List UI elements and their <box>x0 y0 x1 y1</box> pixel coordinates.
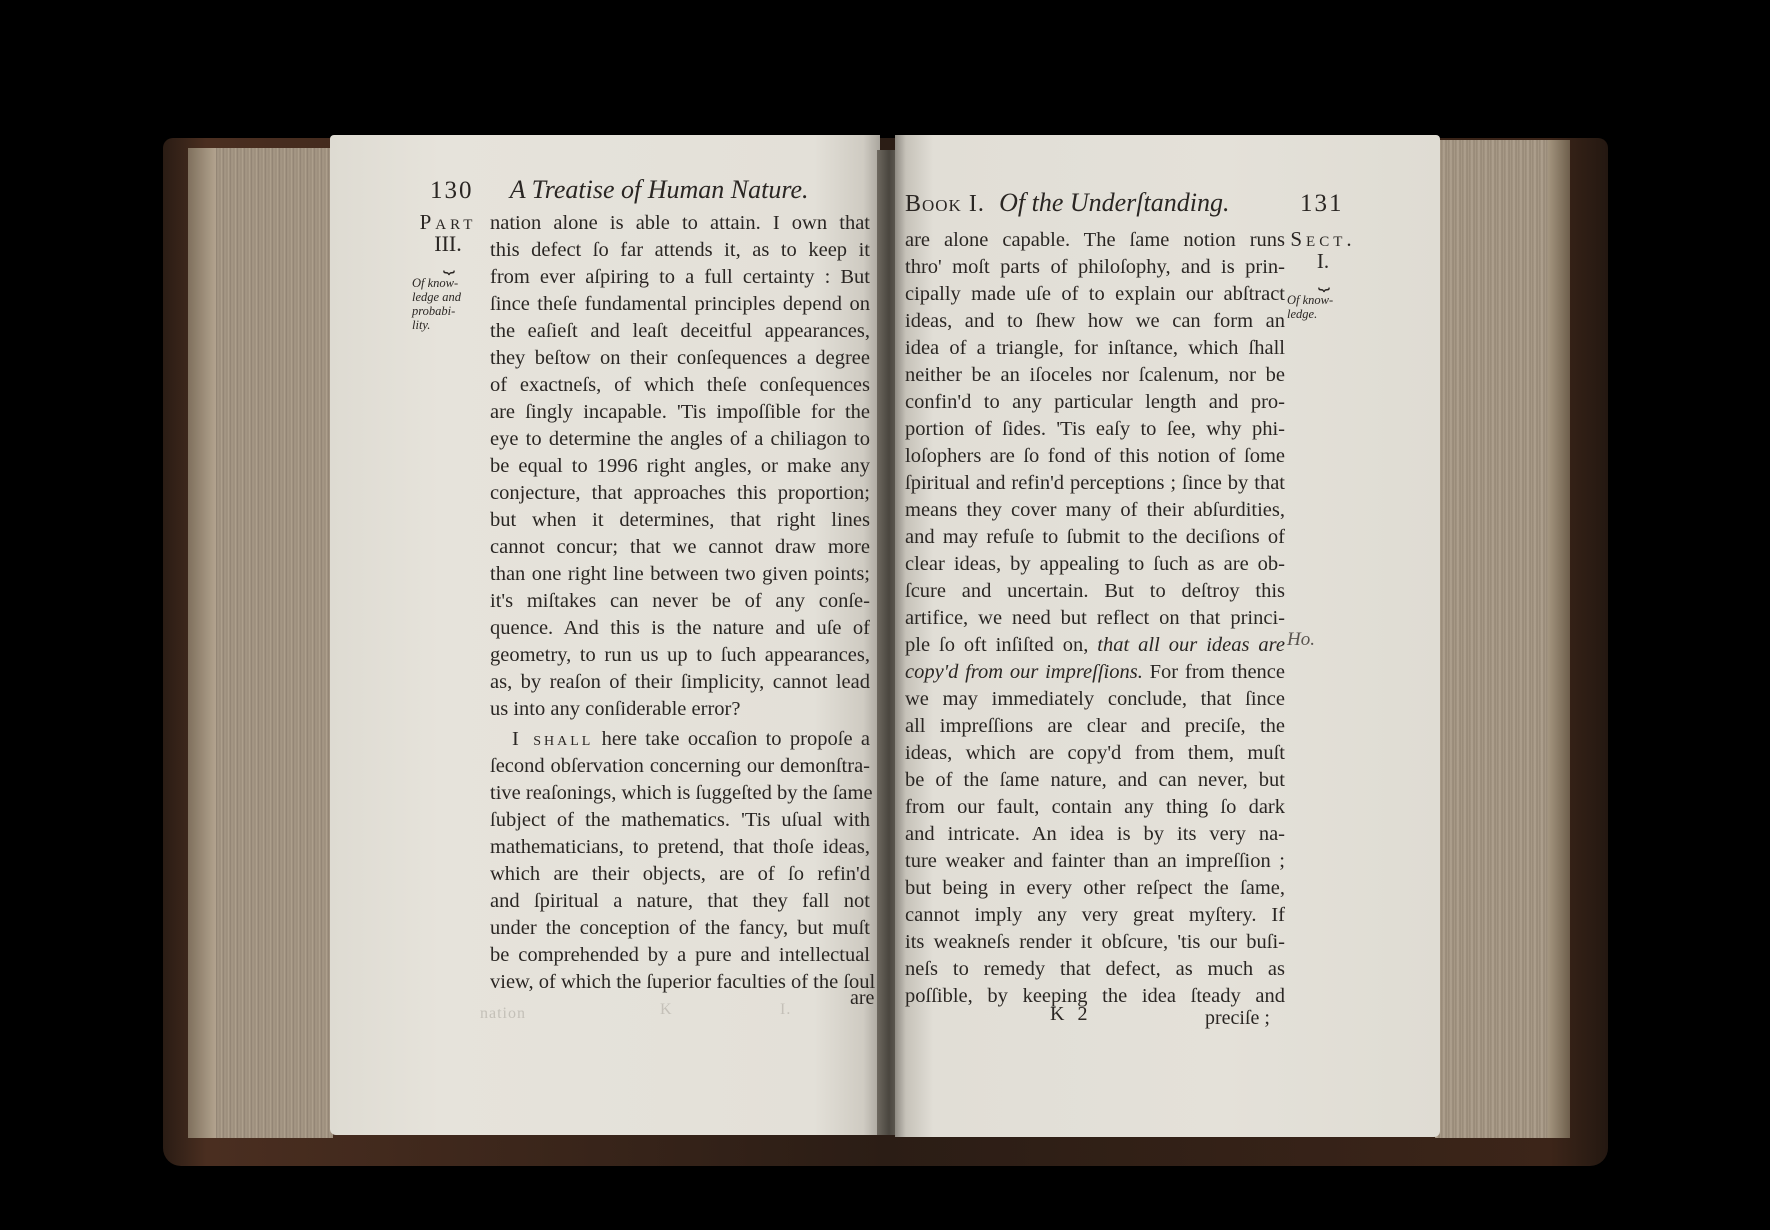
text-line: ideas, which are copy'd from them, muſt <box>905 740 1285 766</box>
text-line: means they cover many of their abſurditi… <box>905 497 1285 523</box>
text-line: ſince theſe fundamental principles depen… <box>490 291 870 317</box>
left-page-edges <box>188 148 333 1138</box>
text-line: nation alone is able to attain. I own th… <box>490 210 870 236</box>
right-page: Book I. Of the Underſtanding. 131 Sect. … <box>895 135 1440 1137</box>
text-line: us into any conſiderable error? <box>490 696 870 722</box>
text-line: ſecond obſervation concerning our demonſ… <box>490 753 870 779</box>
left-running-head: 130 A Treatise of Human Nature. <box>430 175 809 205</box>
text-line: loſophers are ſo fond of this notion of … <box>905 443 1285 469</box>
left-margin-note: Part III. ⏟ Of know- ledge and probabi- … <box>412 210 484 332</box>
text-line: this defect ſo far attends it, as to kee… <box>490 237 870 263</box>
page-number: 131 <box>1300 190 1344 218</box>
page-number: 130 <box>430 177 474 204</box>
text-line: all impreſſions are clear and preciſe, t… <box>905 713 1285 739</box>
text-line: geometry, to run us up to ſuch appearanc… <box>490 642 870 668</box>
text-line: of exactneſs, of which theſe conſequence… <box>490 372 870 398</box>
text-line: from ever aſpiring to a full certainty :… <box>490 264 870 290</box>
text-line: idea of a triangle, for inſtance, which … <box>905 335 1285 361</box>
signature-mark: K 2 <box>1050 1003 1091 1026</box>
text-line: cipally made uſe of to explain our abſtr… <box>905 281 1285 307</box>
left-catchword: are <box>850 987 874 1010</box>
text-line: ture weaker and fainter than an impreſſi… <box>905 848 1285 874</box>
text-line-with-italic: copy'd from our impreſſions. For from th… <box>905 659 1285 685</box>
sect-label: Sect. <box>1283 227 1363 251</box>
text-line: portion of ſides. 'Tis eaſy to ſee, why … <box>905 416 1285 442</box>
text-line: are alone capable. The ſame notion runs <box>905 227 1285 253</box>
text-line: ideas, and to ſhew how we can form an <box>905 308 1285 334</box>
brace-icon: ⏟ <box>1283 273 1363 287</box>
margin-note-text: Of know- ledge and probabi- lity. <box>412 276 484 332</box>
text-line: be comprehended by a pure and intellectu… <box>490 942 870 968</box>
text-line: mathematicians, to pretend, that thoſe i… <box>490 834 870 860</box>
text-line: neſs to remedy that defect, as much as <box>905 956 1285 982</box>
text-line: thro' moſt parts of philoſophy, and is p… <box>905 254 1285 280</box>
text-line: but being in every other reſpect the ſam… <box>905 875 1285 901</box>
text-line: cannot imply any very great myſtery. If <box>905 902 1285 928</box>
text-line: neither be an iſoceles nor ſcalenum, nor… <box>905 362 1285 388</box>
left-page: 130 A Treatise of Human Nature. Part III… <box>330 135 880 1135</box>
right-catchword: preciſe ; <box>1205 1007 1270 1030</box>
right-running-head: Book I. Of the Underſtanding. <box>905 188 1229 218</box>
right-page-edges <box>1435 140 1570 1138</box>
running-head-book: Book I. <box>905 191 985 217</box>
bleed-through-text: I. <box>780 1001 791 1019</box>
bleed-through-text: nation <box>480 1005 526 1023</box>
text-line: we may immediately conclude, that ſince <box>905 686 1285 712</box>
text-line: under the conception of the fancy, but m… <box>490 915 870 941</box>
text-line: ſubject of the mathematics. 'Tis uſual w… <box>490 807 870 833</box>
text-line: clear ideas, by appealing to ſuch as are… <box>905 551 1285 577</box>
text-line: and intricate. An idea is by its very na… <box>905 821 1285 847</box>
running-head-title: Of the Underſtanding. <box>999 188 1229 217</box>
text-line: ſcure and uncertain. But to deſtroy this <box>905 578 1285 604</box>
bleed-through-text: K <box>660 1001 673 1019</box>
text-line: tive reaſonings, which is ſuggeſted by t… <box>490 780 870 806</box>
text-line: cannot concur; that we cannot draw more <box>490 534 870 560</box>
text-line: it's miſtakes can never be of any conſe- <box>490 588 870 614</box>
text-line: its weakneſs render it obſcure, 'tis our… <box>905 929 1285 955</box>
text-line: artifice, we need but reflect on that pr… <box>905 605 1285 631</box>
text-line: quence. And this is the nature and uſe o… <box>490 615 870 641</box>
text-line: eye to determine the angles of a chiliag… <box>490 426 870 452</box>
text-line: they beſtow on their conſequences a degr… <box>490 345 870 371</box>
handwritten-annotation: Ho. <box>1287 629 1315 651</box>
brace-icon: ⏟ <box>412 256 484 270</box>
running-head-title: A Treatise of Human Nature. <box>510 175 809 204</box>
text-line: confin'd to any particular length and pr… <box>905 389 1285 415</box>
text-line: the eaſieſt and leaſt deceitful appearan… <box>490 318 870 344</box>
text-line: and ſpiritual a nature, that they fall n… <box>490 888 870 914</box>
text-line: as, by reaſon of their ſimplicity, canno… <box>490 669 870 695</box>
text-line: view, of which the ſuperior faculties of… <box>490 969 870 995</box>
text-line: than one right line between two given po… <box>490 561 870 587</box>
text-line: which are their objects, are of ſo refin… <box>490 861 870 887</box>
text-line: be equal to 1996 right angles, or make a… <box>490 453 870 479</box>
text-line: poſſible, by keeping the idea ſteady and <box>905 983 1285 1009</box>
margin-note-text: Of know- ledge. <box>1283 293 1363 321</box>
paragraph-start-line: I shall here take occaſion to propoſe a <box>490 726 870 752</box>
text-line: from our fault, contain any thing ſo dar… <box>905 794 1285 820</box>
text-line: and may refuſe to ſubmit to the deciſion… <box>905 524 1285 550</box>
text-line: ſpiritual and refin'd perceptions ; ſinc… <box>905 470 1285 496</box>
text-line: be of the ſame nature, and can never, bu… <box>905 767 1285 793</box>
text-line: but when it determines, that right lines <box>490 507 870 533</box>
text-line: are ſingly incapable. 'Tis impoſſible fo… <box>490 399 870 425</box>
right-margin-note: Sect. I. ⏟ Of know- ledge. <box>1283 227 1363 321</box>
text-line: conjecture, that approaches this proport… <box>490 480 870 506</box>
text-line-with-italic: ple ſo oft inſiſted on, that all our ide… <box>905 632 1285 658</box>
